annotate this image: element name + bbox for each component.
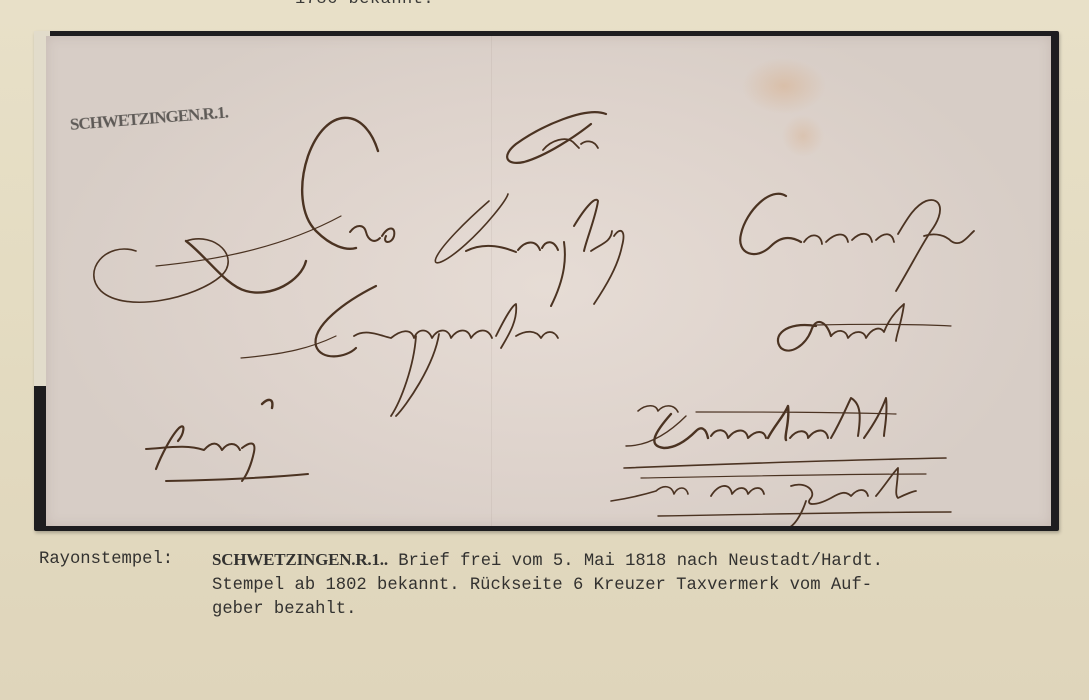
handwritten-address (46, 36, 1051, 526)
caption-line-1: SCHWETZINGEN.R.1.. Brief frei vom 5. Mai… (212, 548, 1042, 574)
caption-label: Rayonstempel: (39, 548, 173, 572)
caption-line-2: Stempel ab 1802 bekannt. Rückseite 6 Kre… (212, 574, 1042, 598)
caption-body: SCHWETZINGEN.R.1.. Brief frei vom 5. Mai… (212, 548, 1042, 622)
caption-line-1-text: Brief frei vom 5. Mai 1818 nach Neustadt… (388, 552, 883, 571)
letter-cover: SCHWETZINGEN.R.1. (46, 36, 1051, 526)
handwriting-buergermeister-amt (241, 286, 951, 416)
handwriting-koeniglich-bairische (435, 194, 974, 306)
handwriting-an (507, 112, 606, 163)
caption-line-3: geber bezahlt. (212, 598, 1042, 622)
caption-stamp-name: SCHWETZINGEN.R.1.. (212, 550, 388, 569)
previous-caption-remnant: 1786 bekannt. (295, 0, 434, 9)
